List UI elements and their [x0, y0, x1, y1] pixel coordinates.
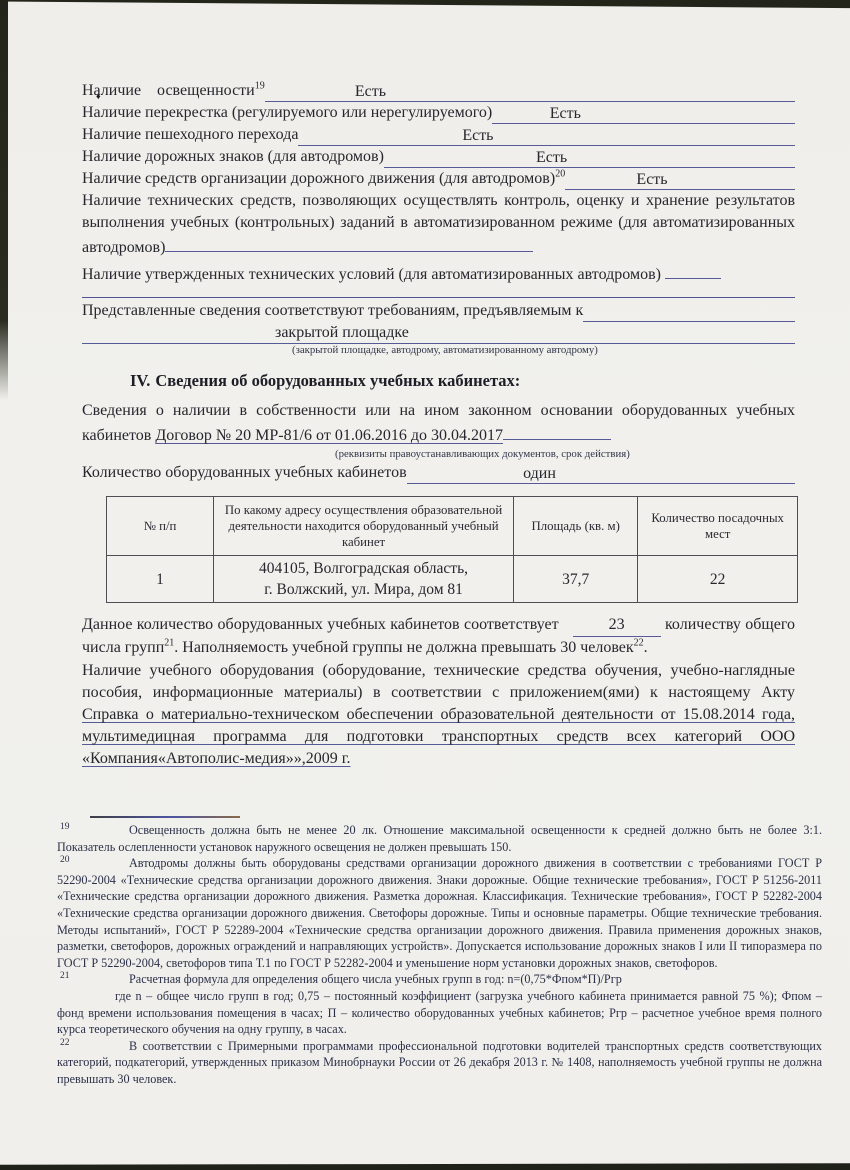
fill-in-line: один — [407, 463, 795, 484]
section-number: IV. — [130, 371, 150, 390]
field-value: Есть — [462, 125, 493, 147]
fill-in-line: Есть — [298, 125, 795, 146]
address-line1: 404105, Волгоградская область, — [218, 558, 509, 579]
tech-means-paragraph: Наличие технических средств, позволяющих… — [82, 190, 795, 259]
classroom-count-value: один — [523, 463, 556, 485]
address-line2: г. Волжский, ул. Мира, дом 81 — [218, 579, 509, 600]
compliance-value: закрытой площадке — [275, 322, 409, 344]
blank-fill-line — [665, 261, 721, 279]
field-label: Наличие дорожных знаков (для автодромов) — [82, 146, 384, 168]
field-value: Есть — [536, 147, 567, 169]
table-row: 1 404105, Волгоградская область, г. Волж… — [107, 556, 798, 603]
equipment-lead: Наличие учебного оборудования (оборудова… — [82, 662, 795, 701]
section-heading: IV.Сведения об оборудованных учебных каб… — [130, 370, 795, 392]
compliance-lead: Представленные сведения соответствуют тр… — [82, 300, 583, 322]
ownership-paragraph: Сведения о наличии в собственности или н… — [82, 400, 795, 447]
col-header-number: № п/п — [107, 497, 214, 556]
scan-edge-top — [0, 0, 850, 9]
footnote-ref-21: 21 — [164, 638, 174, 649]
footnote-21-continued: где n – общее число групп в год; 0,75 – … — [57, 988, 822, 1038]
footnote-21: 21Расчетная формула для определения обще… — [57, 971, 822, 988]
equipment-paragraph: Наличие учебного оборудования (оборудова… — [82, 660, 795, 770]
document-body: ♦ Наличие освещенности19 Есть Наличие пе… — [82, 80, 795, 770]
field-label: Наличие освещенности19 — [82, 80, 265, 102]
field-label: Наличие пешеходного перехода — [82, 124, 298, 146]
blank-fill-line — [165, 234, 533, 252]
col-header-address: По какому адресу осуществления образоват… — [214, 497, 514, 556]
footnote-ref-20: 20 — [555, 169, 565, 180]
compliance-value-row: закрытой площадке — [82, 322, 795, 344]
field-label: Наличие средств организации дорожного дв… — [82, 168, 565, 190]
field-line-road-signs: Наличие дорожных знаков (для автодромов)… — [82, 146, 795, 168]
fill-in-line: Есть — [492, 103, 795, 124]
table-header-row: № п/п По какому адресу осуществления обр… — [107, 497, 798, 556]
groups-count-paragraph: Данное количество оборудованных учебных … — [82, 614, 795, 659]
scan-edge-left — [0, 0, 8, 400]
equipment-value: Справка о материально-техническом обеспе… — [82, 706, 795, 767]
field-value: Есть — [550, 103, 581, 125]
cell-area: 37,7 — [513, 556, 637, 603]
classroom-count-line: Количество оборудованных учебных кабинет… — [82, 462, 795, 484]
field-line-traffic-management: Наличие средств организации дорожного дв… — [82, 168, 795, 190]
footnote-separator — [90, 816, 240, 818]
ownership-value: Договор № 20 МР-81/6 от 01.06.2016 до 30… — [155, 427, 503, 444]
cell-address: 404105, Волгоградская область, г. Волжск… — [214, 556, 514, 603]
compliance-line: Представленные сведения соответствуют тр… — [82, 300, 795, 322]
field-label-text: Наличие освещенности — [82, 82, 255, 99]
classroom-count-label: Количество оборудованных учебных кабинет… — [82, 462, 407, 484]
col-header-area: Площадь (кв. м) — [513, 497, 637, 556]
sentence-period: . — [644, 639, 648, 656]
field-label-text: Наличие средств организации дорожного дв… — [82, 170, 555, 187]
field-label-text: Наличие перекрестка (регулируемого или н… — [82, 104, 492, 121]
field-label-text: Наличие дорожных знаков (для автодромов) — [82, 148, 384, 165]
footnote-text: Автодромы должны быть оборудованы средст… — [57, 856, 822, 970]
bullet-marker: ♦ — [96, 85, 101, 107]
footnote-formula: Расчетная формула для определения общего… — [129, 972, 622, 986]
field-line-crosswalk: Наличие пешеходного перехода Есть — [82, 124, 795, 146]
fill-in-line: Есть — [265, 81, 795, 102]
footnote-20: 20Автодромы должны быть оборудованы сред… — [57, 855, 822, 971]
ownership-caption: (реквизиты правоустанавливающих документ… — [335, 448, 795, 461]
field-line-crossroad: Наличие перекрестка (регулируемого или н… — [82, 102, 795, 124]
footnote-text: где n – общее число групп в год; 0,75 – … — [57, 989, 822, 1036]
tech-conditions-text: Наличие утвержденных технических условий… — [82, 266, 661, 283]
footnote-text: Освещенность должна быть не менее 20 лк.… — [57, 823, 822, 854]
scan-edge-bottom — [0, 1163, 850, 1170]
field-label: Наличие перекрестка (регулируемого или н… — [82, 102, 492, 124]
groups-count-value: 23 — [573, 614, 661, 637]
footnote-number: 21 — [60, 968, 70, 985]
field-line-lighting: Наличие освещенности19 Есть — [82, 80, 795, 102]
blank-underline-row — [82, 286, 795, 298]
footnote-22: 22В соответствии с Примерными программам… — [57, 1038, 822, 1088]
fill-in-line: Есть — [565, 169, 795, 190]
field-value: Есть — [636, 169, 667, 191]
fill-in-line — [583, 301, 795, 322]
section-title: Сведения об оборудованных учебных кабине… — [155, 371, 520, 390]
cell-seats: 22 — [638, 556, 798, 603]
field-label-text: Наличие пешеходного перехода — [82, 126, 298, 143]
footnote-19: 19Освещенность должна быть не менее 20 л… — [57, 822, 822, 855]
footnote-text: В соответствии с Примерными программами … — [57, 1039, 822, 1086]
compliance-caption: (закрытой площадке, автодрому, автоматиз… — [292, 344, 795, 357]
groups-limit-text: . Наполняемость учебной группы не должна… — [174, 639, 633, 656]
groups-count-lead: Данное количество оборудованных учебных … — [82, 616, 559, 633]
footnote-ref-19: 19 — [255, 81, 265, 92]
footnote-number: 22 — [60, 1035, 70, 1052]
fill-in-line: Есть — [384, 147, 795, 168]
tech-conditions-line: Наличие утвержденных технических условий… — [82, 261, 795, 286]
footnote-number: 20 — [60, 852, 70, 869]
footnotes-block: 19Освещенность должна быть не менее 20 л… — [57, 816, 822, 1088]
col-header-seats: Количество посадочных мест — [638, 497, 798, 556]
cell-number: 1 — [107, 556, 214, 603]
footnote-ref-22: 22 — [634, 638, 644, 649]
scanned-document-page: ♦ Наличие освещенности19 Есть Наличие пе… — [0, 0, 850, 1170]
classrooms-table: № п/п По какому адресу осуществления обр… — [106, 496, 798, 603]
footnote-number: 19 — [60, 819, 70, 836]
blank-fill-line — [503, 422, 611, 440]
field-value: Есть — [355, 81, 386, 103]
